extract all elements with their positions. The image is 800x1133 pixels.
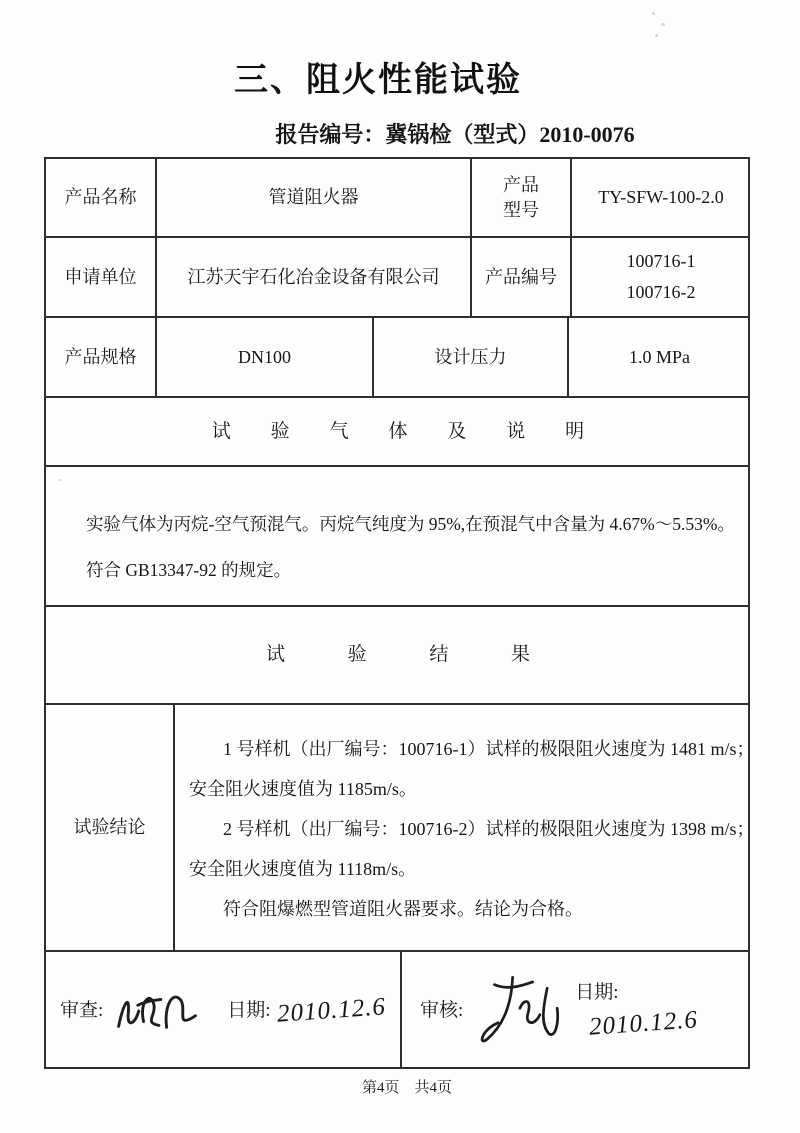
applicant-label: 申请单位 (46, 238, 157, 318)
audit-date-group: 日期: 2010.12.6 (575, 980, 698, 1041)
audit-date: 2010.12.6 (588, 1004, 699, 1045)
page-title: 三、阻火性能试验 (0, 52, 756, 101)
scanned-report-page: 三、阻火性能试验 报告编号：冀锅检（型式）2010-0076 产品名称 管道阻火… (0, 0, 800, 1133)
product-model-label: 产品型号 (472, 159, 572, 238)
product-name-value: 管道阻火器 (157, 159, 472, 238)
conclusion-line: 安全阻火速度值为 1118m/s。 (189, 849, 738, 889)
audit-label: 审核: (420, 998, 463, 1024)
gas-description: 实验气体为丙烷-空气预混气。丙烷气纯度为 95%,在预混气中含量为 4.67%～… (46, 467, 750, 607)
conclusion-text: 1 号样机（出厂编号：100716-1）试样的极限阻火速度为 1481 m/s；… (175, 705, 750, 952)
review-date: 2010.12.6 (276, 990, 387, 1031)
conclusion-line: 安全阻火速度值为 1185m/s。 (189, 769, 738, 809)
page-number: 第4页 共4页 (0, 1076, 800, 1097)
audit-signature-block: 审核: 日期: 2010.12.6 (402, 952, 750, 1069)
auditor-signature (469, 967, 569, 1055)
conclusion-line: 2 号样机（出厂编号：100716-2）试样的极限阻火速度为 1398 m/s； (189, 809, 738, 849)
report-number: 报告编号：冀锅检（型式）2010-0076 (0, 118, 800, 149)
gas-description-line: 符合 GB13347-92 的规定。 (86, 547, 736, 593)
conclusion-label: 试验结论 (46, 705, 175, 952)
scan-artifact (655, 34, 658, 37)
product-model-value: TY-SFW-100-2.0 (572, 159, 750, 238)
product-number-value: 100716-1 100716-2 (572, 238, 750, 318)
review-signature-block: 审查: 日期: 2010.12.6 (46, 952, 402, 1069)
spec-value: DN100 (157, 318, 374, 398)
product-number-label: 产品编号 (472, 238, 572, 318)
review-label: 审查: (60, 998, 103, 1024)
gas-description-line: 实验气体为丙烷-空气预混气。丙烷气纯度为 95%,在预混气中含量为 4.67%～… (86, 501, 736, 547)
conclusion-line: 符合阻爆燃型管道阻火器要求。结论为合格。 (189, 889, 738, 929)
audit-date-label: 日期: (575, 980, 618, 1006)
conclusion-line: 1 号样机（出厂编号：100716-1）试样的极限阻火速度为 1481 m/s； (189, 729, 738, 769)
gas-section-title: 试 验 气 体 及 说 明 (46, 398, 750, 467)
reviewer-signature (109, 982, 205, 1040)
result-section-title: 试 验 结 果 (46, 607, 750, 705)
spec-label: 产品规格 (46, 318, 157, 398)
design-pressure-value: 1.0 MPa (569, 318, 750, 398)
product-name-label: 产品名称 (46, 159, 157, 238)
product-number-1: 100716-1 (627, 246, 696, 277)
design-pressure-label: 设计压力 (374, 318, 569, 398)
product-number-2: 100716-2 (627, 277, 696, 308)
applicant-value: 江苏天宇石化冶金设备有限公司 (157, 238, 472, 318)
scan-artifact (652, 12, 655, 15)
scan-artifact (661, 23, 665, 26)
review-date-label: 日期: (227, 998, 270, 1024)
report-table: 产品名称 管道阻火器 产品型号 TY-SFW-100-2.0 申请单位 江苏天宇… (44, 157, 750, 1069)
